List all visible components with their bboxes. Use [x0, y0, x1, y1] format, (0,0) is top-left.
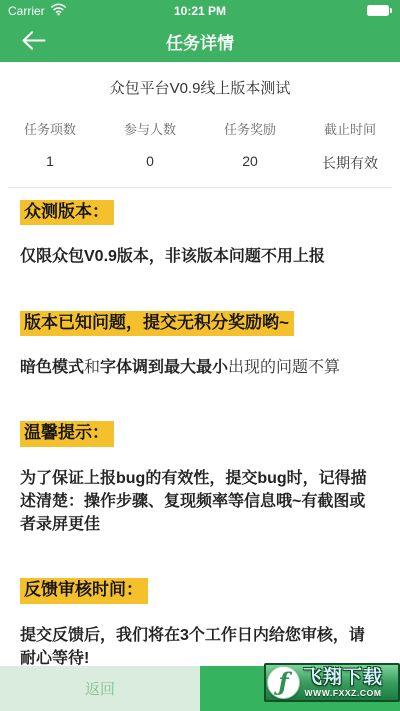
task-name: 众包平台V0.9线上版本测试 — [0, 77, 400, 98]
task-description: 众测版本： 仅限众包V0.9版本，非该版本问题不用上报 版本已知问题，提交无积分… — [0, 200, 400, 670]
known-issue-seg-normal-1: 和 — [84, 359, 100, 376]
known-issue-seg-bold-1: 暗色模式 — [20, 359, 84, 376]
crowdtest-version-label: 众测版本： — [20, 200, 114, 225]
stats-header-deadline: 截止时间 — [300, 119, 400, 138]
battery-full-icon — [367, 5, 389, 16]
nav-bar: 任务详情 — [0, 21, 400, 62]
wifi-icon — [50, 3, 67, 19]
known-issue-body: 暗色模式和字体调到最大最小出现的问题不算 — [20, 356, 380, 379]
stats-header-items: 任务项数 — [0, 119, 100, 138]
tips-body: 为了保证上报bug的有效性，提交bug时，记得描述清楚：操作步骤、复现频率等信息… — [20, 467, 380, 537]
known-issue-label: 版本已知问题，提交无积分奖励哟~ — [20, 311, 294, 336]
page-title: 任务详情 — [166, 29, 234, 54]
known-issue-seg-normal-2: 出现的问题不算 — [228, 359, 340, 376]
stats-value-reward: 20 — [200, 153, 300, 173]
section-divider — [8, 187, 392, 188]
task-detail-screen: Carrier 10:21 PM 任务详情 — [0, 0, 400, 711]
status-bar: Carrier 10:21 PM — [0, 0, 400, 21]
task-stats-table: 任务项数 参与人数 任务奖励 截止时间 1 0 20 长期有效 — [0, 119, 400, 173]
stats-value-participants: 0 — [100, 153, 200, 173]
stats-header-row: 任务项数 参与人数 任务奖励 截止时间 — [0, 119, 400, 138]
back-arrow-icon — [20, 30, 47, 54]
stats-header-reward: 任务奖励 — [200, 119, 300, 138]
stats-value-row: 1 0 20 长期有效 — [0, 153, 400, 173]
stats-value-deadline: 长期有效 — [300, 153, 400, 173]
crowdtest-version-body: 仅限众包V0.9版本，非该版本问题不用上报 — [20, 245, 380, 268]
fxxz-watermark: ƒ 飞翔下载 WWW.FXXZ.COM — [264, 663, 400, 702]
back-button[interactable] — [14, 21, 53, 62]
watermark-url: WWW.FXXZ.COM — [304, 689, 381, 698]
stats-value-items: 1 — [0, 153, 100, 173]
tips-label: 温馨提示： — [20, 421, 114, 446]
return-button[interactable]: 返回 — [0, 666, 200, 711]
known-issue-seg-bold-2: 字体调到最大最小 — [100, 359, 228, 376]
watermark-title: 飞翔下载 — [303, 668, 383, 687]
review-time-label: 反馈审核时间： — [20, 578, 148, 603]
carrier-label: Carrier — [8, 4, 45, 18]
fxxz-dragon-logo-icon: ƒ — [267, 666, 300, 699]
stats-header-participants: 参与人数 — [100, 119, 200, 138]
